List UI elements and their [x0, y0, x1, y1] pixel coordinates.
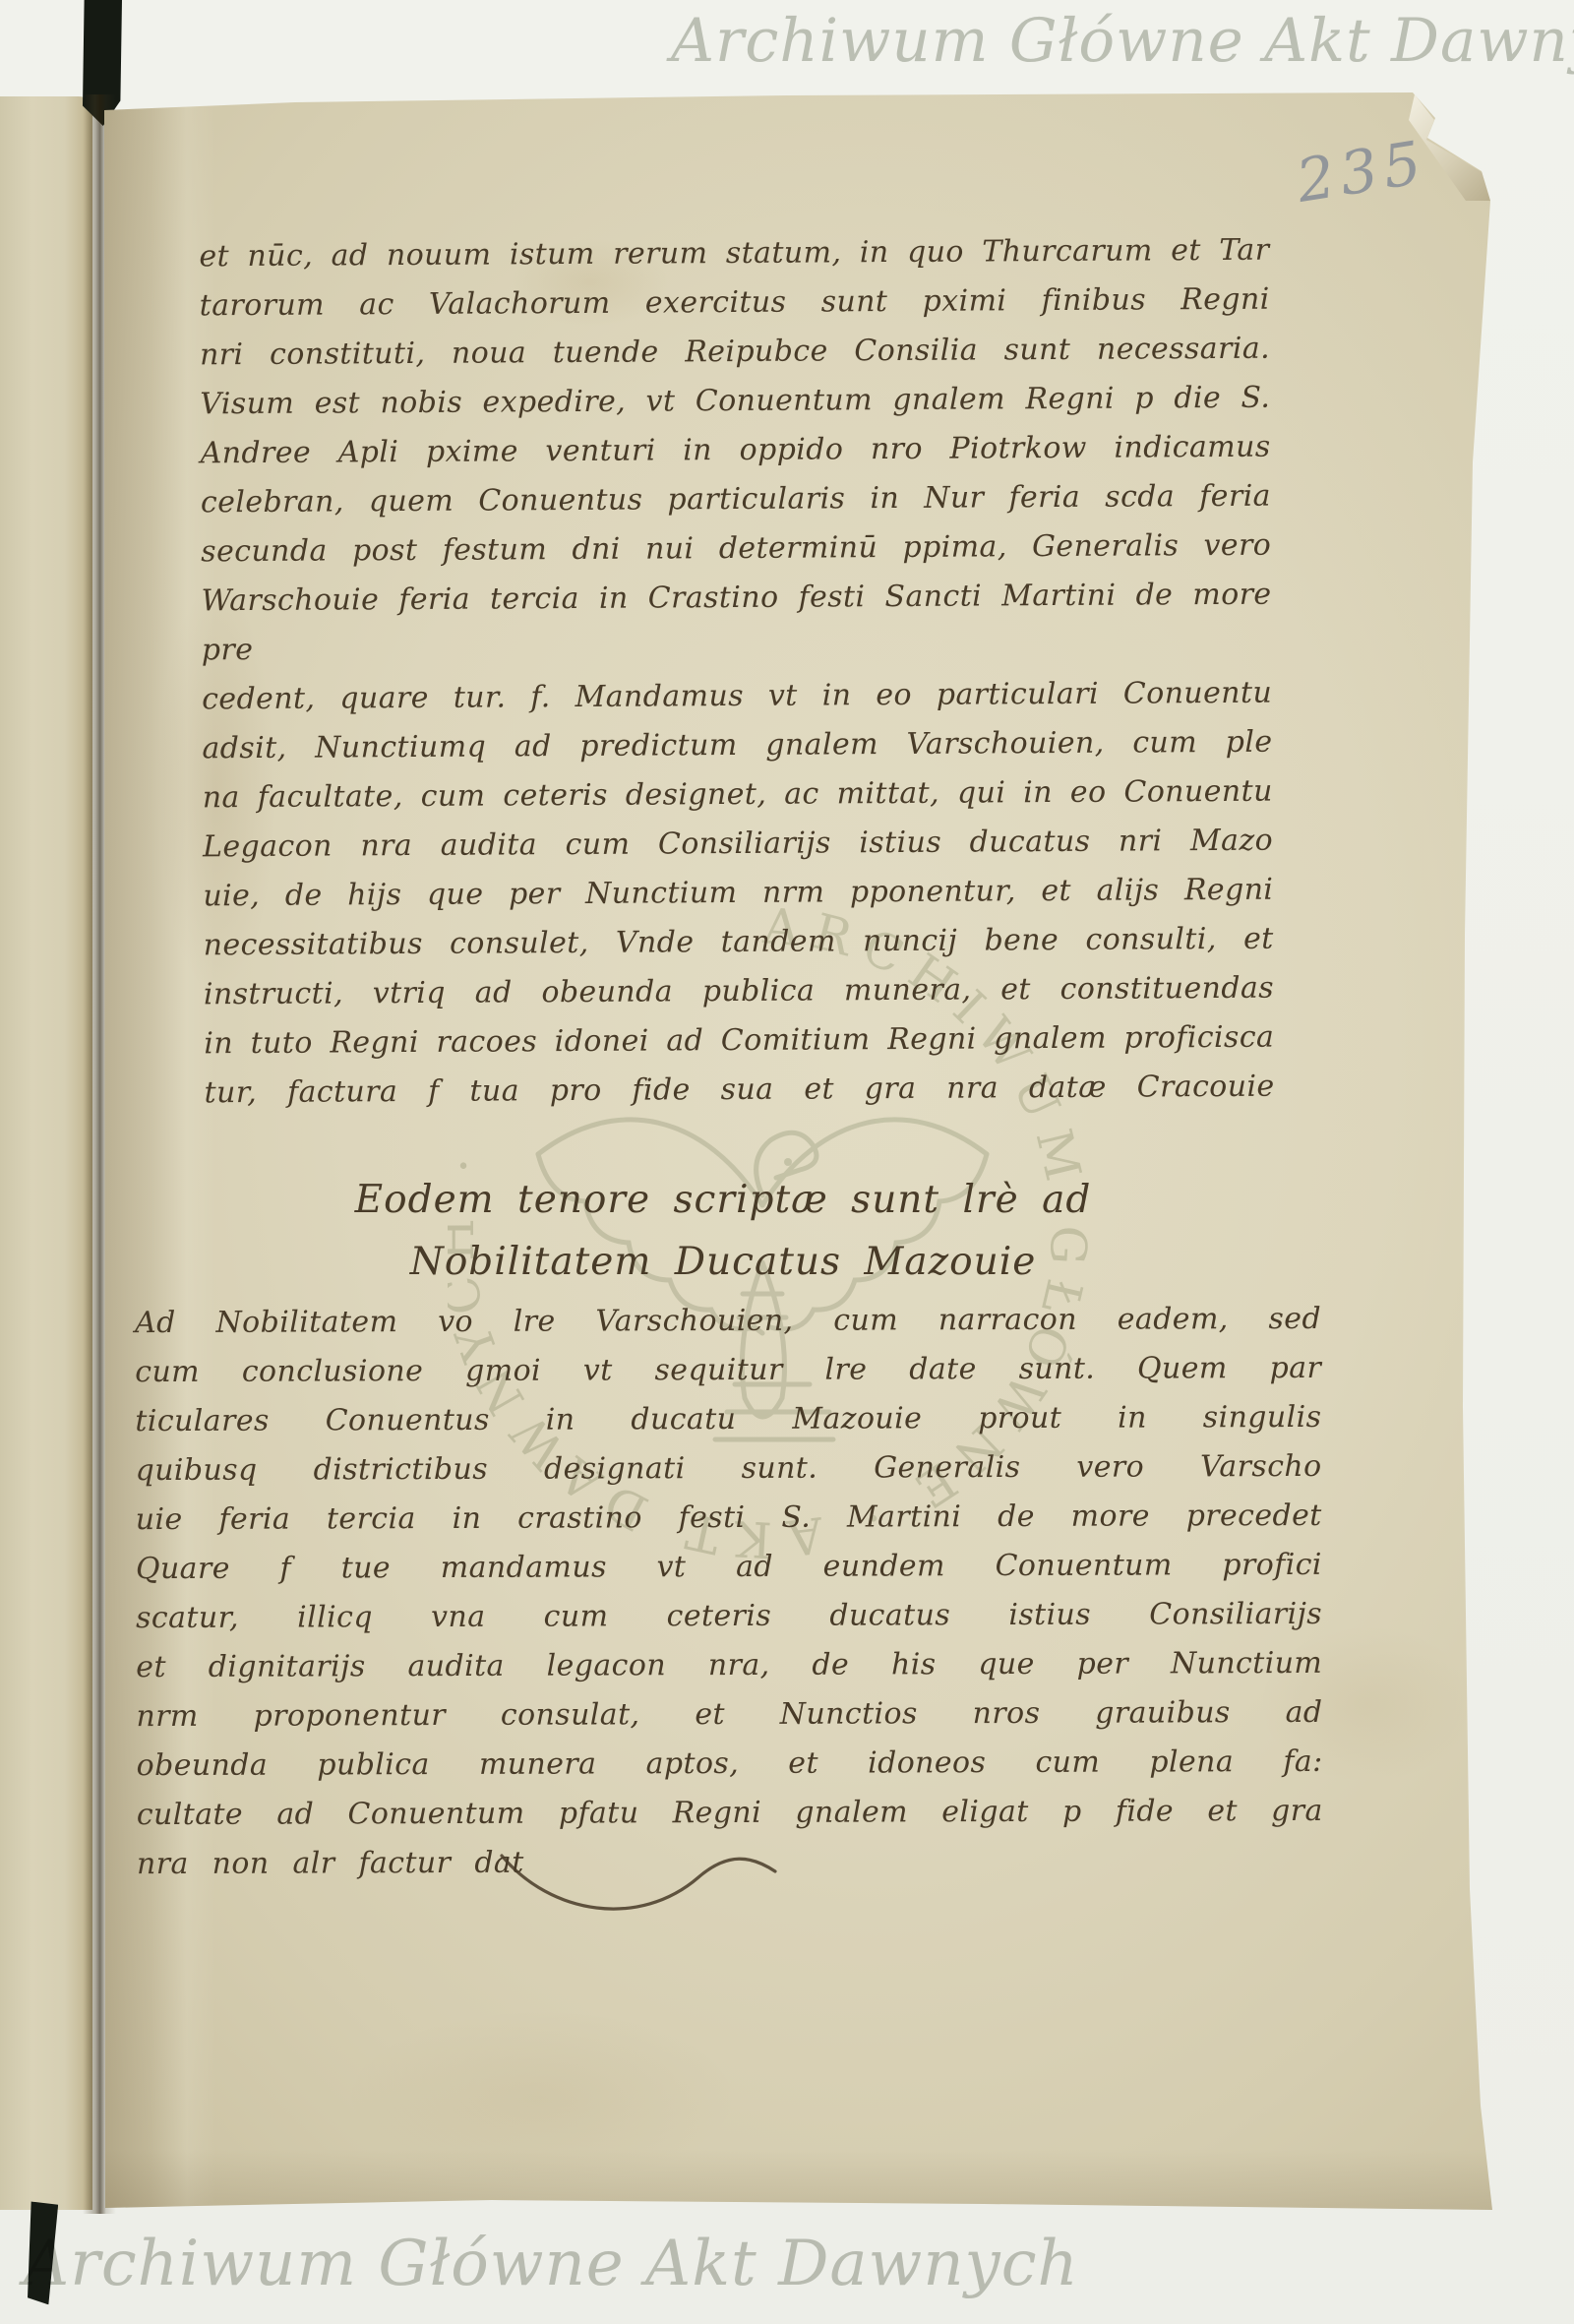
manuscript-line: cedent, quare tur. f. Mandamus vt in eo … — [202, 669, 1272, 725]
manuscript-line: adsit, Nunctiumq ad predictum gnalem Var… — [202, 718, 1272, 774]
manuscript-line: quibusq districtibus designati sunt. Gen… — [135, 1442, 1321, 1496]
archive-watermark-bottom: Archiwum Główne Akt Dawnych — [24, 2228, 1079, 2300]
facing-page-edge — [0, 96, 92, 2210]
manuscript-line: uie, de hijs que per Nunctium nrm pponen… — [203, 866, 1273, 922]
paragraph-1: et nūc, ad nouum istum rerum statum, in … — [199, 226, 1274, 1119]
manuscript-line: cultate ad Conuentum pfatu Regni gnalem … — [137, 1787, 1323, 1840]
paragraph-2: Ad Nobilitatem vo lre Varschouien, cum n… — [135, 1295, 1323, 1889]
manuscript-line: Nobilitatem Ducatus Mazouie — [334, 1231, 1112, 1293]
manuscript-line: in tuto Regni racoes idonei ad Comitium … — [204, 1013, 1274, 1070]
manuscript-line: celebran, quem Conuentus particularis in… — [201, 472, 1271, 528]
page-bottom-shading — [98, 2149, 1495, 2218]
manuscript-line: uie feria tercia in crastino festi S. Ma… — [136, 1492, 1322, 1545]
manuscript-line: na facultate, cum ceteris designet, ac m… — [203, 767, 1273, 824]
archive-watermark-top: Archiwum Główne Akt Dawnych — [671, 6, 1574, 76]
pen-flourish — [492, 1838, 787, 1930]
manuscript-line: necessitatibus consulet, Vnde tandem nun… — [204, 915, 1274, 971]
manuscript-line: ticulares Conuentus in ducatu Mazouie pr… — [135, 1393, 1321, 1446]
manuscript-line: Warschouie feria tercia in Crastino fest… — [201, 571, 1272, 676]
manuscript-line: instructi, vtriq ad obeunda publica mune… — [204, 964, 1274, 1020]
manuscript-line: cum conclusione gmoi vt sequitur lre dat… — [135, 1344, 1321, 1397]
page-curvature-shading — [98, 91, 216, 2218]
manuscript-line: Eodem tenore scriptæ sunt lrè ad — [334, 1169, 1112, 1231]
manuscript-line: Andree Apli pxime venturi in oppido nro … — [200, 423, 1270, 479]
archival-scan: ARCHIWUM GŁÓWNE · AKT DAWNYCH · 235 et n… — [0, 0, 1574, 2324]
manuscript-line: tarorum ac Valachorum exercitus sunt pxi… — [200, 275, 1270, 332]
manuscript-line: tur, factura f tua pro fide sua et gra n… — [204, 1063, 1274, 1119]
parchment-stain — [344, 2009, 738, 2186]
manuscript-line: et nūc, ad nouum istum rerum statum, in … — [199, 226, 1269, 282]
manuscript-line: nrm proponentur consulat, et Nunctios nr… — [136, 1688, 1322, 1742]
manuscript-line: secunda post festum dni nui determinū pp… — [201, 521, 1271, 578]
manuscript-line: Ad Nobilitatem vo lre Varschouien, cum n… — [135, 1295, 1321, 1348]
manuscript-line: Visum est nobis expedire, vt Conuentum g… — [200, 374, 1270, 430]
manuscript-line: nri constituti, noua tuende Reipubce Con… — [200, 325, 1270, 381]
manuscript-line: obeunda publica munera aptos, et idoneos… — [137, 1738, 1323, 1791]
manuscript-line: Quare f tue mandamus vt ad eundem Conuen… — [136, 1541, 1322, 1594]
manuscript-line: scatur, illicq vna cum ceteris ducatus i… — [136, 1590, 1322, 1643]
manuscript-line: Legacon nra audita cum Consiliarijs isti… — [203, 817, 1273, 873]
section-heading: Eodem tenore scriptæ sunt lrè adNobilita… — [334, 1169, 1112, 1293]
manuscript-line: et dignitarijs audita legacon nra, de hi… — [136, 1639, 1322, 1692]
